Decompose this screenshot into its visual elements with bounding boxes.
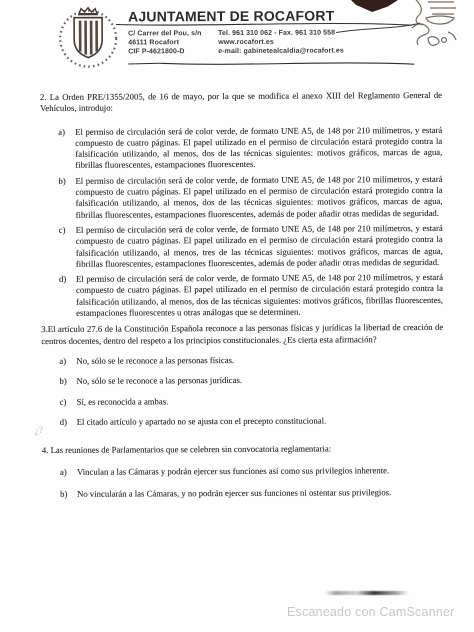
question-3-option-c: c) Sí, es reconocida a ambas. [42, 394, 444, 407]
option-text: El permiso de circulación será de color … [76, 272, 443, 319]
scanned-page: AJUNTAMENT DE ROCAFORT C/ Carrer del Pou… [0, 0, 474, 632]
question-2-option-a: a) El permiso de circulación será de col… [40, 124, 442, 171]
question-4-prompt: 4. Las reuniones de Parlamentarios que s… [42, 443, 444, 456]
option-text: No vincularán a las Cámaras, y no podrán… [77, 487, 444, 500]
option-letter: b) [60, 489, 77, 500]
question-3-option-d: d) El citado artículo y apartado no se a… [42, 415, 444, 428]
option-letter: a) [58, 126, 75, 171]
handwritten-margin-mark: ¿? [33, 424, 44, 435]
option-text: No, sólo se le reconoce a las personas f… [76, 354, 443, 367]
stamp-sketch [388, 0, 468, 52]
question-3-option-b: b) No, sólo se le reconoce a las persona… [41, 374, 443, 387]
option-letter: c) [60, 396, 77, 407]
question-4-option-a: a) Vinculan a las Cámaras y podrán ejerc… [42, 465, 444, 478]
question-2: 2. La Orden PRE/1355/2005, de 16 de mayo… [40, 90, 443, 319]
question-2-option-c: c) El permiso de circulación será de col… [41, 223, 443, 270]
question-3-option-a: a) No, sólo se le reconoce a las persona… [41, 354, 443, 367]
option-letter: a) [59, 356, 76, 367]
option-text: Sí, es reconocida a ambas. [77, 394, 444, 407]
option-letter: d) [60, 417, 77, 428]
scan-smudge [325, 591, 409, 595]
option-letter: d) [59, 274, 76, 319]
option-text: El permiso de circulación será de color … [75, 174, 442, 221]
question-2-option-b: b) El permiso de circulación será de col… [40, 174, 442, 221]
question-2-option-d: d) El permiso de circulación será de col… [41, 272, 443, 319]
option-text: El permiso de circulación será de color … [76, 223, 443, 270]
question-3: 3.El artículo 27.6 de la Constitución Es… [41, 322, 444, 428]
option-text: El permiso de circulación será de color … [75, 124, 442, 171]
option-text: Vinculan a las Cámaras y podrán ejercer … [77, 465, 444, 478]
option-text: El citado artículo y apartado no se ajus… [77, 415, 444, 428]
option-letter: c) [59, 225, 76, 270]
question-3-prompt: 3.El artículo 27.6 de la Constitución Es… [41, 322, 443, 347]
question-4-option-b: b) No vincularán a las Cámaras, y no pod… [42, 487, 444, 500]
option-letter: a) [60, 467, 77, 478]
option-letter: b) [58, 176, 75, 221]
exam-body: 2. La Orden PRE/1355/2005, de 16 de mayo… [40, 90, 444, 500]
camscanner-watermark: Escaneado con CamScanner [287, 605, 454, 619]
option-letter: b) [59, 376, 76, 387]
question-4: 4. Las reuniones de Parlamentarios que s… [42, 443, 444, 500]
question-2-prompt: 2. La Orden PRE/1355/2005, de 16 de mayo… [40, 90, 442, 115]
option-text: No, sólo se le reconoce a las personas j… [76, 374, 443, 387]
